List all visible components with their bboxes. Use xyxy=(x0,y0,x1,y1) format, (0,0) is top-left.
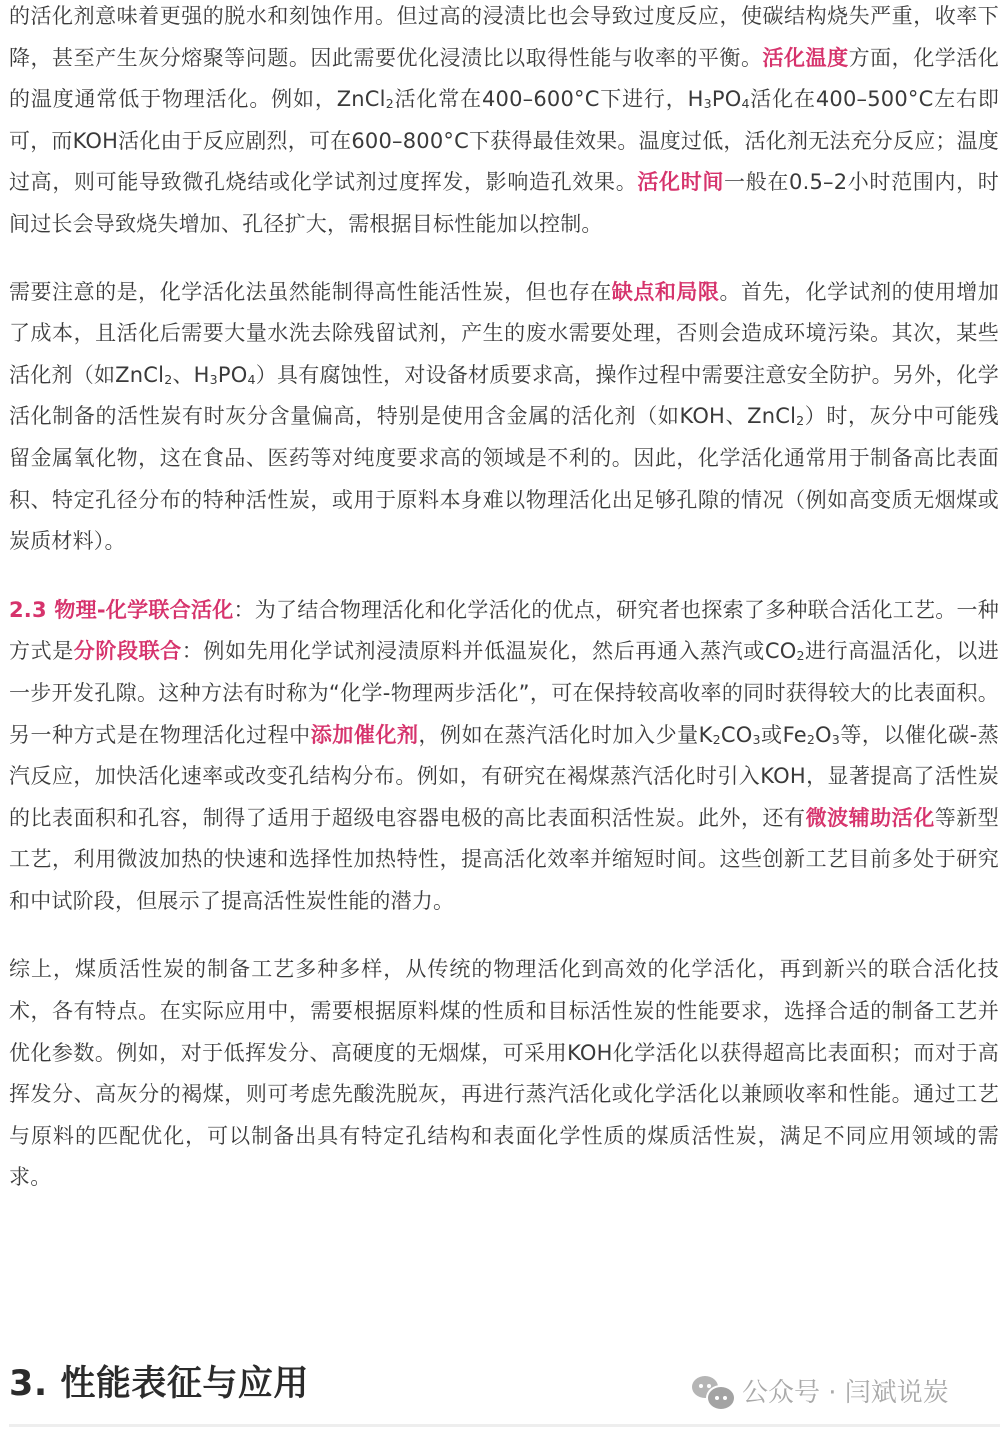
subscript: 4 xyxy=(741,96,749,111)
subscript: 2 xyxy=(713,731,721,746)
highlighted-term: 添加催化剂 xyxy=(311,723,419,747)
wechat-watermark: 公众号 · 闫斌说炭 xyxy=(692,1372,949,1409)
wechat-icon xyxy=(692,1374,734,1408)
subscript: 2 xyxy=(807,731,815,746)
subscript: 3 xyxy=(704,96,712,111)
paragraph-combined-activation: 2.3 物理-化学联合活化：为了结合物理活化和化学活化的优点，研究者也探索了多种… xyxy=(9,590,999,923)
text-run: ，例如在蒸汽活化时加入少量K xyxy=(419,723,713,747)
watermark-label: 公众号 · 闫斌说炭 xyxy=(742,1372,949,1409)
section-heading: 3. 性能表征与应用 xyxy=(9,1356,309,1406)
paragraph-limitations: 需要注意的是，化学活化法虽然能制得高性能活性炭，但也存在缺点和局限。首先，化学试… xyxy=(9,272,999,563)
highlighted-term: 缺点和局限 xyxy=(612,280,720,304)
text-run: 综上，煤质活性炭的制备工艺多种多样，从传统的物理活化到高效的化学活化，再到新兴的… xyxy=(9,957,999,1189)
highlighted-term: 活化时间 xyxy=(637,170,724,194)
subscript: 4 xyxy=(247,372,255,387)
text-run: PO xyxy=(218,363,248,387)
text-run: CO xyxy=(721,723,753,747)
text-run: 、H xyxy=(172,363,209,387)
subscript: 3 xyxy=(210,372,218,387)
subscript: 3 xyxy=(752,731,760,746)
highlighted-term: 2.3 物理-化学联合活化 xyxy=(9,598,234,622)
text-run: ：例如先用化学试剂浸渍原料并低温炭化，然后再通入蒸汽或CO xyxy=(182,639,797,663)
divider xyxy=(9,1424,1000,1427)
highlighted-term: 微波辅助活化 xyxy=(806,806,935,830)
subscript: 3 xyxy=(832,731,840,746)
text-run: PO xyxy=(712,87,742,111)
text-run: O xyxy=(815,723,832,747)
article-body: 的活化剂意味着更强的脱水和刻蚀作用。但过高的浸渍比也会导致过度反应，使碳结构烧失… xyxy=(9,0,999,1199)
paragraph-summary: 综上，煤质活性炭的制备工艺多种多样，从传统的物理活化到高效的化学活化，再到新兴的… xyxy=(9,949,999,1199)
highlighted-term: 活化温度 xyxy=(763,46,849,70)
text-run: 或Fe xyxy=(761,723,807,747)
text-run: 活化常在400–600°C下进行，H xyxy=(394,87,704,111)
text-run: 需要注意的是，化学活化法虽然能制得高性能活性炭，但也存在 xyxy=(9,280,612,304)
subscript: 2 xyxy=(796,648,804,663)
subscript: 2 xyxy=(386,96,394,111)
highlighted-term: 分阶段联合 xyxy=(74,639,182,663)
paragraph-activation-params: 的活化剂意味着更强的脱水和刻蚀作用。但过高的浸渍比也会导致过度反应，使碳结构烧失… xyxy=(9,0,999,246)
